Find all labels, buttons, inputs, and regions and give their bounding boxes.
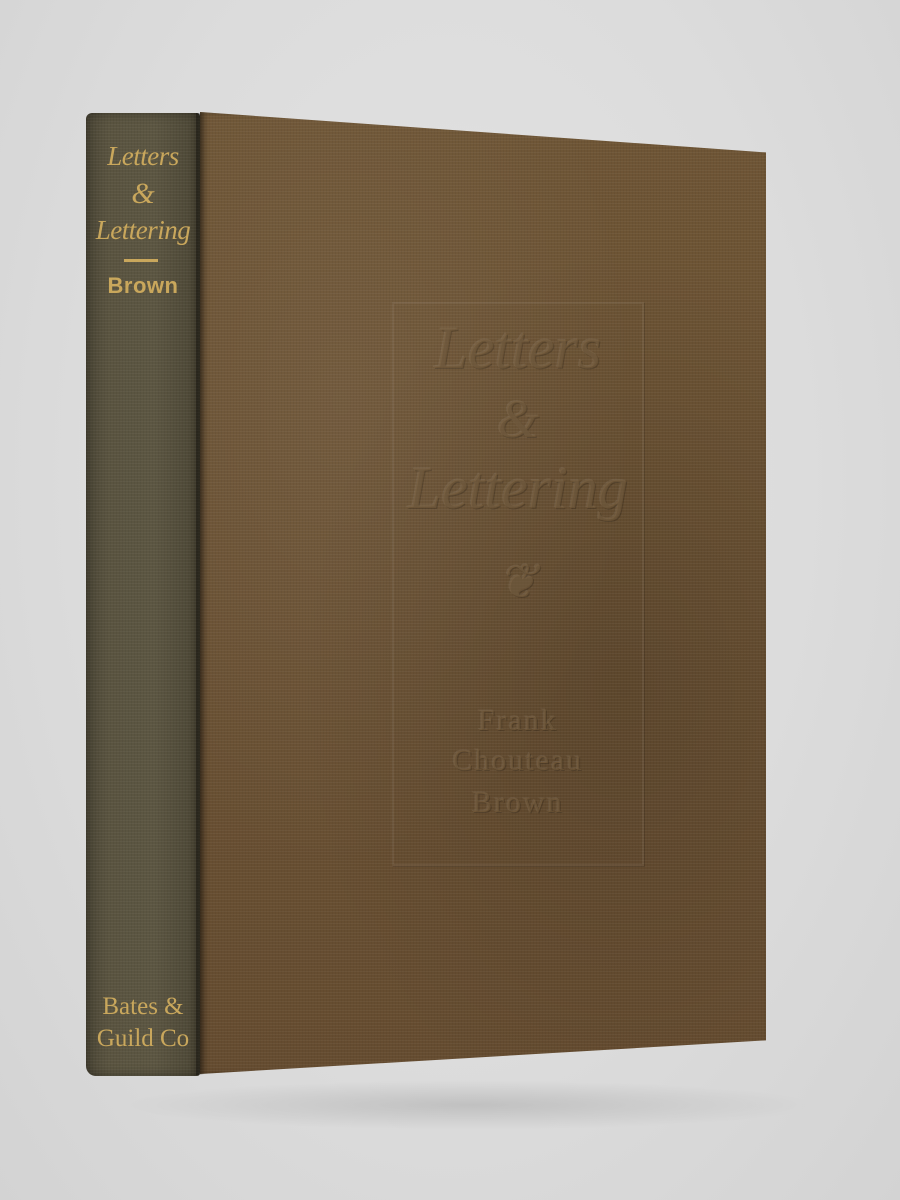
spine-publisher-line-2: Guild Co (86, 1025, 200, 1053)
cover-author-line-1: Frank (394, 704, 642, 738)
hinge-joint (196, 113, 204, 1075)
ornament-icon: ❦ (394, 554, 642, 610)
cover-ampersand: & (394, 388, 642, 450)
spine-author: Brown (86, 273, 200, 299)
blind-stamped-frame: Letters & Lettering ❦ Frank Chouteau Bro… (392, 302, 644, 866)
book-spine: Letters & Lettering Brown Bates & Guild … (86, 113, 200, 1076)
spine-ampersand: & (86, 177, 200, 211)
spine-publisher-line-1: Bates & (86, 993, 200, 1021)
cover-author-line-3: Brown (394, 786, 642, 820)
cover-title-line-1: Letters (394, 314, 642, 383)
spine-title-line-2: Lettering (86, 215, 200, 246)
book-shadow (120, 1080, 820, 1130)
cover-title-line-2: Lettering (394, 454, 642, 523)
spine-title-line-1: Letters (86, 141, 200, 172)
product-photo: Letters & Lettering Brown Bates & Guild … (0, 0, 900, 1200)
book-front-cover: Letters & Lettering ❦ Frank Chouteau Bro… (200, 112, 766, 1074)
cover-author-line-2: Chouteau (394, 744, 642, 778)
spine-rule-ornament (124, 259, 158, 262)
